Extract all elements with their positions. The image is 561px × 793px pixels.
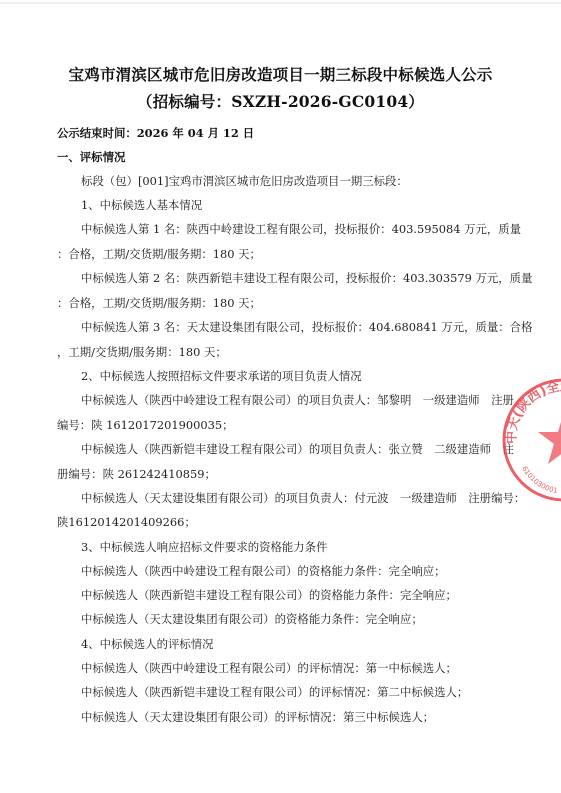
manager-3-line1: 中标候选人（天太建设集团有限公司）的项目负责人：付元波 一级建造师 注册编号： <box>81 490 525 506</box>
candidate-3-line2: ，工期/交货期/服务期：180 天； <box>57 344 227 360</box>
svg-text:6101030001: 6101030001 <box>520 465 558 495</box>
sub-heading-evaluation-result: 4、中标候选人的评标情况 <box>81 636 214 652</box>
candidate-1-line2: ：合格，工期/交货期/服务期：180 天； <box>57 246 261 262</box>
candidate-3-line1: 中标候选人第 3 名：天太建设集团有限公司，投标报价：404.680841 万元… <box>81 319 532 335</box>
qualification-item-1: 中标候选人（陕西中岭建设工程有限公司）的资格能力条件：完全响应； <box>81 563 446 579</box>
manager-1-line1: 中标候选人（陕西中岭建设工程有限公司）的项目负责人：邹黎明 一级建造师 注册 <box>81 392 514 408</box>
sub-heading-project-manager: 2、中标候选人按照招标文件要求承诺的项目负责人情况 <box>81 368 362 384</box>
evaluation-item-3: 中标候选人（天太建设集团有限公司）的评标情况：第三中标候选人； <box>81 709 434 725</box>
qualification-item-3: 中标候选人（天太建设集团有限公司）的资格能力条件：完全响应； <box>81 611 423 627</box>
candidate-2-line2: ：合格，工期/交货期/服务期：180 天； <box>57 295 261 311</box>
manager-3-line2: 陕1612014201409266； <box>57 514 196 530</box>
evaluation-item-1: 中标候选人（陕西中岭建设工程有限公司）的评标情况：第一中标候选人； <box>81 660 457 676</box>
section-heading-evaluation: 一、评标情况 <box>57 149 125 165</box>
official-seal-icon: 中天(陕西)全过程工 6101030001 <box>498 376 561 506</box>
lot-line: 标段（包）[001]宝鸡市渭滨区城市危旧房改造项目一期三标段： <box>81 173 408 189</box>
manager-2-line1: 中标候选人（陕西新铠丰建设工程有限公司）的项目负责人：张立赞 二级建造师 注 <box>81 441 514 457</box>
sub-heading-basic-info: 1、中标候选人基本情况 <box>81 197 202 213</box>
candidate-1-line1: 中标候选人第 1 名：陕西中岭建设工程有限公司，投标报价：403.595084 … <box>81 221 521 237</box>
candidate-2-line1: 中标候选人第 2 名：陕西新铠丰建设工程有限公司，投标报价：403.303579… <box>81 270 532 286</box>
manager-1-line2: 编号：陕 1612017201900035； <box>57 417 234 433</box>
document-title: 宝鸡市渭滨区城市危旧房改造项目一期三标段中标候选人公示 <box>0 63 561 85</box>
document-subtitle: （招标编号：SXZH-2026-GC0104） <box>0 90 561 112</box>
evaluation-item-2: 中标候选人（陕西新铠丰建设工程有限公司）的评标情况：第二中标候选人； <box>81 684 468 700</box>
manager-2-line2: 册编号：陕 261242410859； <box>57 466 216 482</box>
end-time: 公示结束时间：2026 年 04 月 12 日 <box>57 125 254 141</box>
seal-number: 6101030001 <box>520 465 558 495</box>
sub-heading-qualification: 3、中标候选人响应招标文件要求的资格能力条件 <box>81 539 327 555</box>
qualification-item-2: 中标候选人（陕西新铠丰建设工程有限公司）的资格能力条件：完全响应； <box>81 587 457 603</box>
page-top-edge <box>0 2 561 4</box>
